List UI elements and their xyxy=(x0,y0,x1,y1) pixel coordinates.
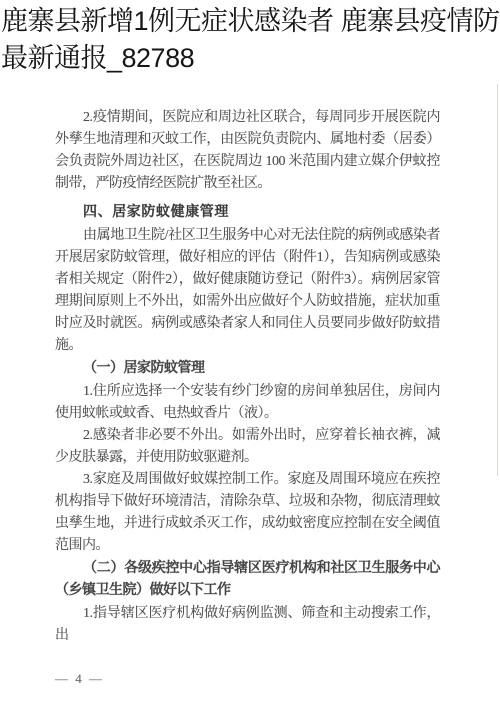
scan-page-edge-line xyxy=(497,84,498,476)
document-heading2: （一）居家防蚊管理 xyxy=(55,358,440,380)
article-title: 鹿寨县新增1例无症状感染者 鹿寨县疫情防控最新通报_82788 xyxy=(0,0,500,77)
document-paragraph: 3.家庭及周围做好蚊媒控制工作。家庭及周围环境应在疾控机构指导下做好环境清洁，清… xyxy=(55,469,440,557)
document-paragraph: 2.感染者非必要不外出。如需外出时，应穿着长袖衣裤，减少皮肤暴露，并使用防蚊驱避… xyxy=(55,425,440,469)
document-heading1: 四、居家防蚊健康管理 xyxy=(55,200,440,222)
document-paragraph: 2.疫情期间，医院应和周边社区联合，每周同步开展医院内外孳生地清理和灭蚊工作，由… xyxy=(55,107,440,195)
article-page: 鹿寨县新增1例无症状感染者 鹿寨县疫情防控最新通报_82788 2.疫情期间，医… xyxy=(0,0,500,713)
document-paragraph: 1.住所应选择一个安装有纱门纱窗的房间单独居住，房间内使用蚊帐或蚊香、电热蚊香片… xyxy=(55,381,440,425)
document-paragraph: 由属地卫生院/社区卫生服务中心对无法住院的病例或感染者开展居家防蚊管理，做好相应… xyxy=(55,225,440,357)
document-paragraph: 1.指导辖区医疗机构做好病例监测、筛查和主动搜索工作，出 xyxy=(55,603,440,647)
document-body: 2.疫情期间，医院应和周边社区联合，每周同步开展医院内外孳生地清理和灭蚊工作，由… xyxy=(55,107,440,647)
document-heading2: （二）各级疾控中心指导辖区医疗机构和社区卫生服务中心（乡镇卫生院）做好以下工作 xyxy=(55,558,440,602)
page-number: — 4 — xyxy=(55,668,440,690)
document-scan: 2.疫情期间，医院应和周边社区联合，每周同步开展医院内外孳生地清理和灭蚊工作，由… xyxy=(0,107,500,690)
